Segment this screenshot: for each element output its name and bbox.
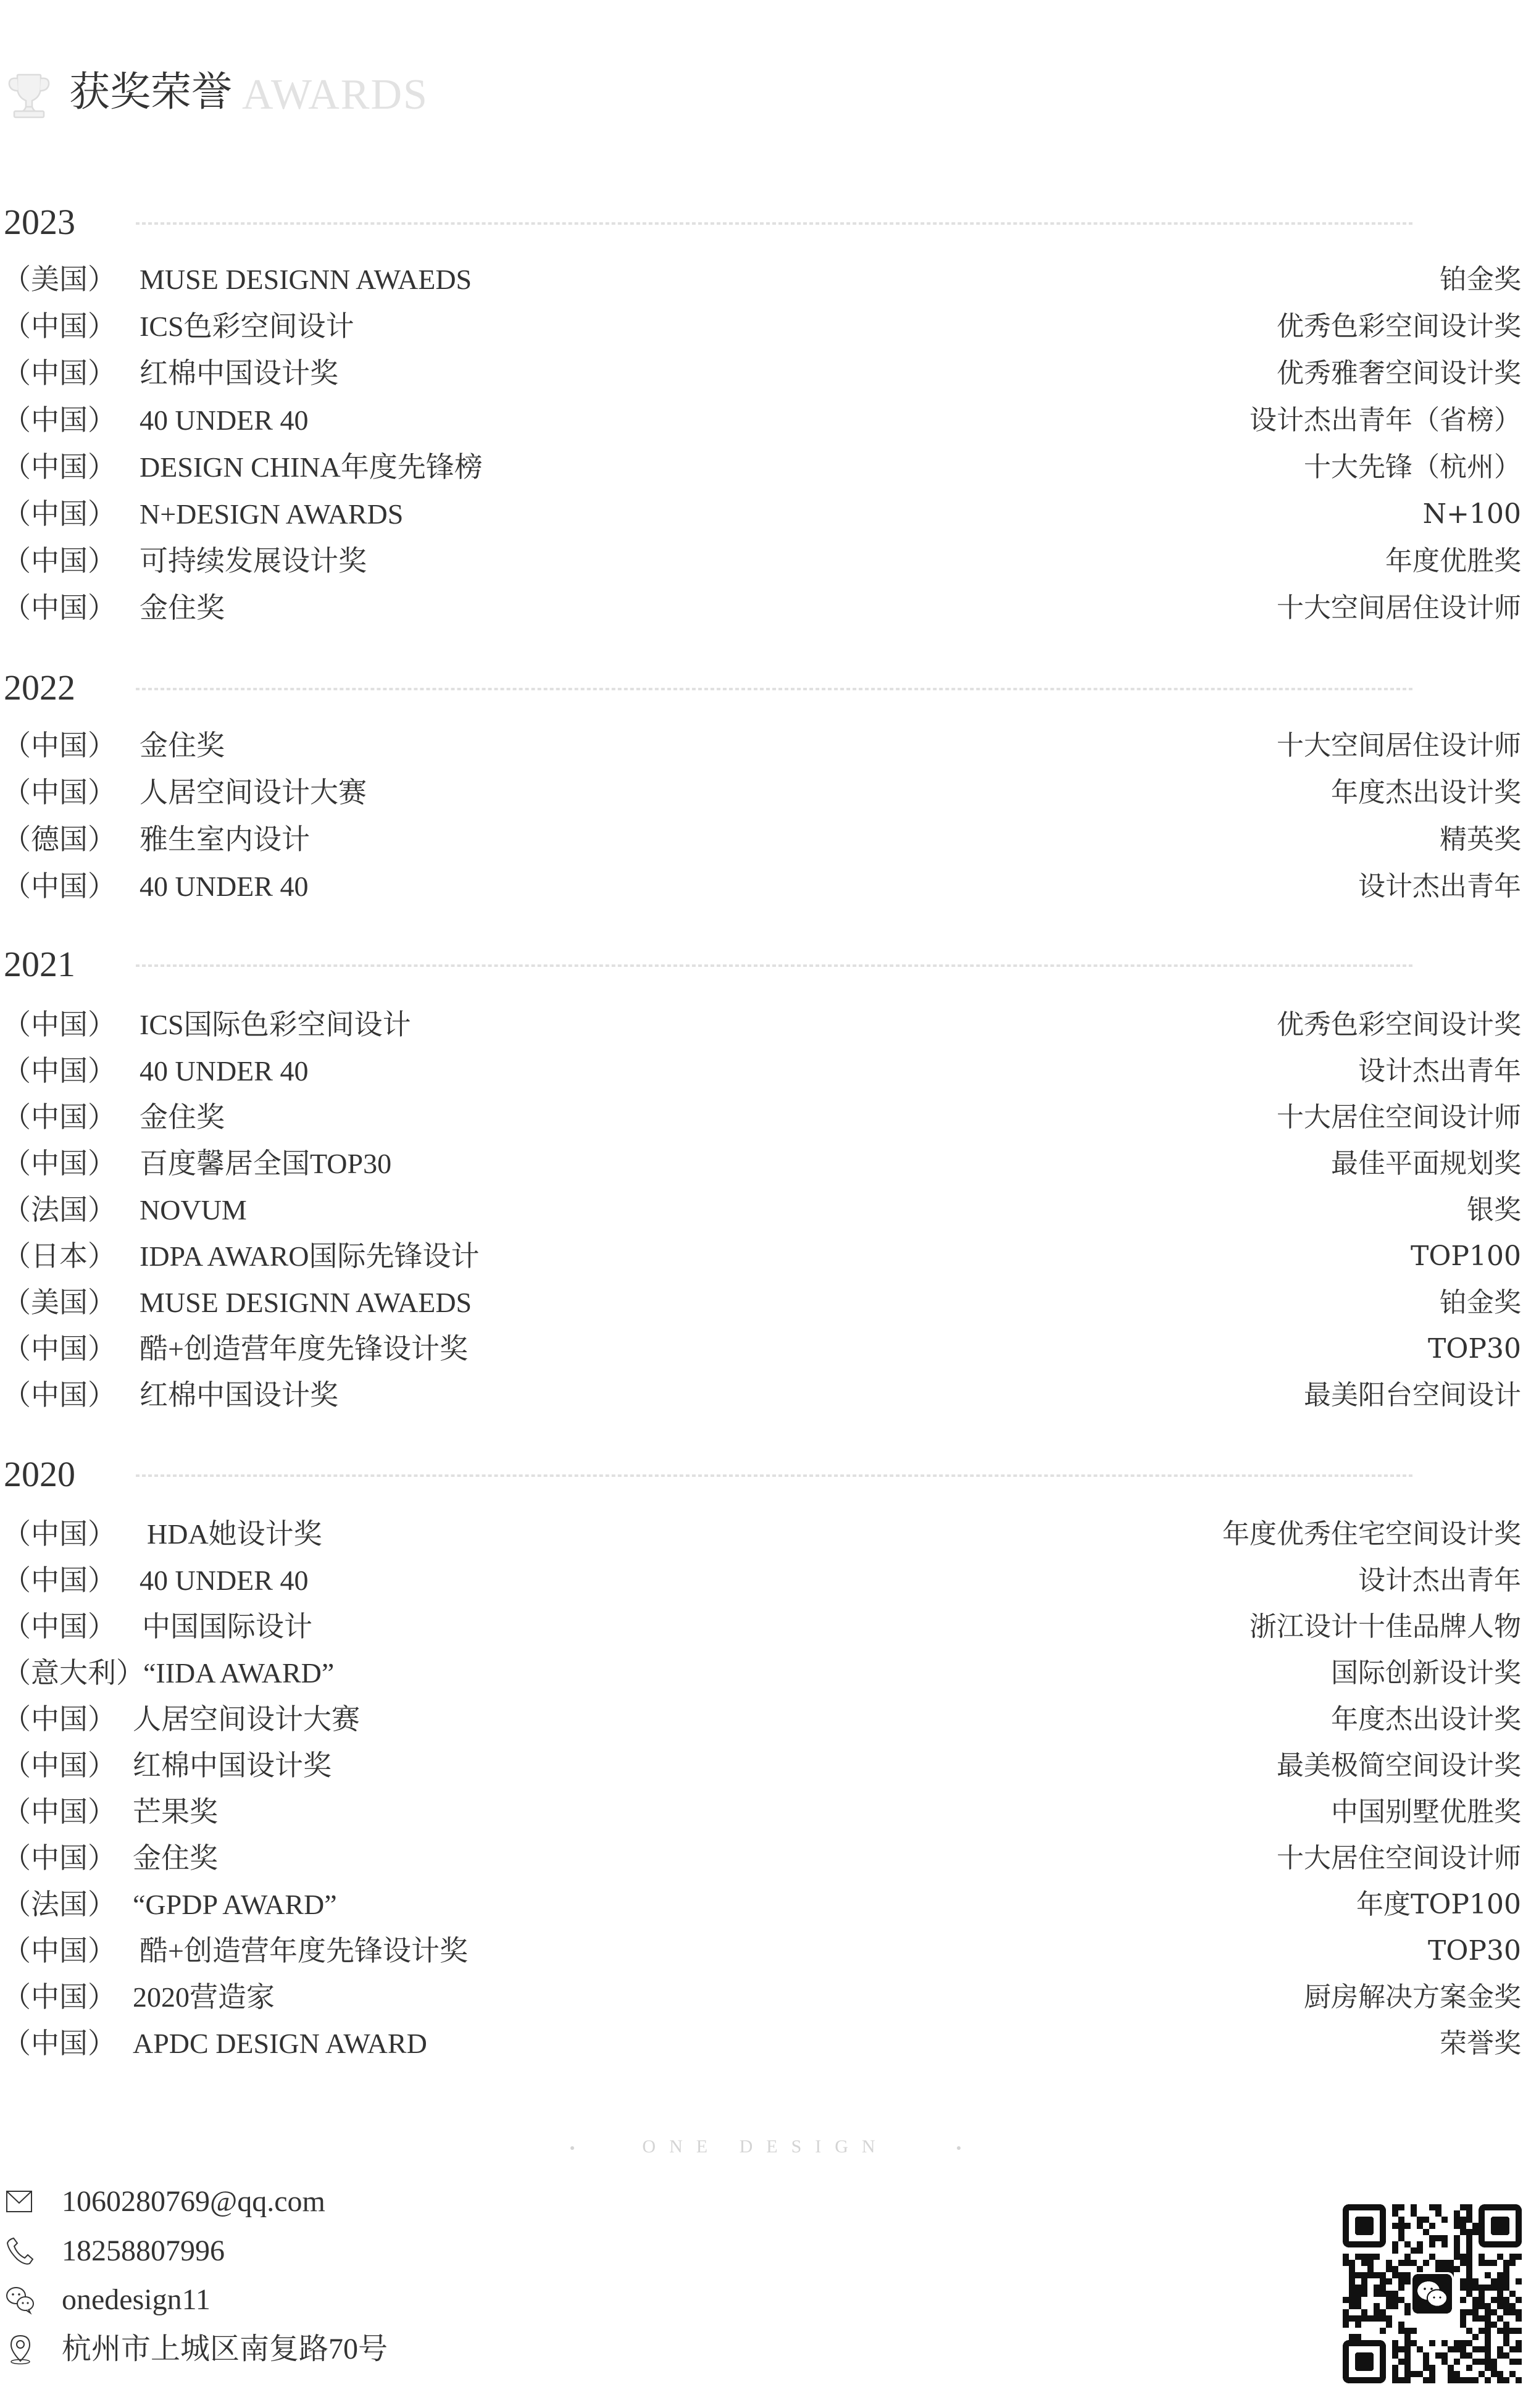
award-name: N+DESIGN AWARDS bbox=[140, 496, 403, 533]
award-prize: 铂金奖 bbox=[1440, 261, 1521, 298]
award-name: 人居空间设计大赛 bbox=[140, 774, 367, 811]
award-prize: 十大居住空间设计师 bbox=[1277, 1840, 1521, 1877]
award-row: （中国）ICS国际色彩空间设计优秀色彩空间设计奖 bbox=[0, 1006, 1531, 1043]
award-country: （中国） bbox=[2, 2025, 116, 2062]
award-name: 金住奖 bbox=[140, 727, 225, 764]
award-prize: 十大空间居住设计师 bbox=[1277, 727, 1521, 764]
year-label: 2022 bbox=[4, 666, 75, 709]
award-row: （中国）酷+创造营年度先锋设计奖TOP30 bbox=[0, 1331, 1531, 1368]
award-country: （中国） bbox=[2, 1562, 116, 1599]
award-row: （中国）金住奖十大居住空间设计师 bbox=[0, 1099, 1531, 1136]
phone-icon bbox=[5, 2236, 36, 2267]
year-label: 2020 bbox=[4, 1453, 75, 1496]
award-prize: 厨房解决方案金奖 bbox=[1304, 1979, 1521, 2016]
award-prize: TOP30 bbox=[1428, 1933, 1521, 1970]
award-name: MUSE DESIGNN AWAEDS bbox=[140, 261, 472, 298]
award-name: 可持续发展设计奖 bbox=[140, 543, 367, 580]
year-header: 2021 bbox=[0, 943, 1531, 986]
award-row: （中国）中国国际设计浙江设计十佳品牌人物 bbox=[0, 1608, 1531, 1645]
award-prize: 十大先锋（杭州） bbox=[1304, 449, 1521, 486]
award-country: （中国） bbox=[2, 590, 116, 627]
decorative-dot bbox=[570, 2146, 574, 2150]
award-country: （中国） bbox=[2, 1006, 116, 1043]
award-name: 40 UNDER 40 bbox=[140, 1053, 308, 1090]
dashed-divider bbox=[136, 964, 1412, 967]
award-country: （中国） bbox=[2, 727, 116, 764]
award-name: 酷+创造营年度先锋设计奖 bbox=[140, 1331, 468, 1368]
award-prize: TOP30 bbox=[1428, 1331, 1521, 1368]
award-name: 40 UNDER 40 bbox=[140, 1562, 308, 1599]
award-row: （中国）DESIGN CHINA年度先锋榜十大先锋（杭州） bbox=[0, 449, 1531, 486]
award-country: （中国） bbox=[2, 449, 116, 486]
wechat-id-text[interactable]: onedesign11 bbox=[62, 2278, 211, 2322]
dashed-divider bbox=[136, 222, 1412, 225]
award-row: （中国）APDC DESIGN AWARD荣誉奖 bbox=[0, 2025, 1531, 2062]
year-label: 2021 bbox=[4, 943, 75, 986]
page-title-english: AWARDS bbox=[242, 70, 428, 120]
award-row: （法国）NOVUM银奖 bbox=[0, 1192, 1531, 1229]
award-country: （中国） bbox=[2, 496, 116, 533]
award-row: （中国）HDA她设计奖年度优秀住宅空间设计奖 bbox=[0, 1516, 1531, 1553]
award-prize: 银奖 bbox=[1467, 1192, 1521, 1229]
award-row: （意大利）“IIDA AWARD”国际创新设计奖 bbox=[0, 1655, 1531, 1692]
brand-name: ONE DESIGN bbox=[642, 2136, 888, 2157]
award-country: （中国） bbox=[2, 1145, 116, 1182]
award-country: （中国） bbox=[2, 1979, 116, 2016]
award-name: 金住奖 bbox=[140, 590, 225, 627]
award-row: （中国）40 UNDER 40设计杰出青年 bbox=[0, 1562, 1531, 1599]
award-prize: N+100 bbox=[1423, 496, 1521, 533]
wechat-icon bbox=[5, 2285, 36, 2315]
award-country: （法国） bbox=[2, 1192, 116, 1229]
year-header: 2023 bbox=[0, 201, 1531, 244]
award-row: （美国）MUSE DESIGNN AWAEDS铂金奖 bbox=[0, 261, 1531, 298]
award-name: “GPDP AWARD” bbox=[133, 1886, 337, 1923]
award-name: 芒果奖 bbox=[133, 1794, 218, 1831]
address-text: 杭州市上城区南复路70号 bbox=[62, 2328, 388, 2371]
award-name: HDA她设计奖 bbox=[147, 1516, 322, 1553]
award-row: （中国）40 UNDER 40设计杰出青年 bbox=[0, 1053, 1531, 1090]
award-country: （中国） bbox=[2, 1933, 116, 1970]
dashed-divider bbox=[136, 688, 1412, 690]
award-name: 红棉中国设计奖 bbox=[133, 1747, 332, 1784]
phone-text[interactable]: 18258807996 bbox=[62, 2230, 225, 2273]
award-row: （中国）金住奖十大居住空间设计师 bbox=[0, 1840, 1531, 1877]
award-row: （中国）红棉中国设计奖最美阳台空间设计 bbox=[0, 1377, 1531, 1414]
award-name: ICS国际色彩空间设计 bbox=[140, 1006, 411, 1043]
year-header: 2022 bbox=[0, 666, 1531, 709]
award-row: （中国）红棉中国设计奖优秀雅奢空间设计奖 bbox=[0, 355, 1531, 392]
award-country: （中国） bbox=[2, 1747, 116, 1784]
award-row: （中国）40 UNDER 40设计杰出青年 bbox=[0, 868, 1531, 905]
award-country: （意大利） bbox=[2, 1655, 144, 1692]
award-row: （中国）芒果奖中国别墅优胜奖 bbox=[0, 1794, 1531, 1831]
award-prize: 十大空间居住设计师 bbox=[1277, 590, 1521, 627]
award-name: ICS色彩空间设计 bbox=[140, 308, 354, 345]
dashed-divider bbox=[136, 1474, 1412, 1477]
award-row: （中国）2020营造家厨房解决方案金奖 bbox=[0, 1979, 1531, 2016]
award-name: 人居空间设计大赛 bbox=[133, 1701, 360, 1738]
award-country: （中国） bbox=[2, 774, 116, 811]
award-name: 雅生室内设计 bbox=[140, 821, 310, 858]
award-prize: 年度优秀住宅空间设计奖 bbox=[1222, 1516, 1521, 1553]
award-row: （中国）可持续发展设计奖年度优胜奖 bbox=[0, 543, 1531, 580]
award-country: （中国） bbox=[2, 355, 116, 392]
year-header: 2020 bbox=[0, 1453, 1531, 1496]
award-country: （德国） bbox=[2, 821, 116, 858]
award-name: IDPA AWARO国际先锋设计 bbox=[140, 1238, 480, 1275]
award-name: 40 UNDER 40 bbox=[140, 402, 308, 439]
award-prize: 设计杰出青年 bbox=[1358, 868, 1521, 905]
award-row: （中国）40 UNDER 40设计杰出青年（省榜） bbox=[0, 402, 1531, 439]
page-title: 获奖荣誉 bbox=[69, 68, 232, 117]
award-name: DESIGN CHINA年度先锋榜 bbox=[140, 449, 483, 486]
wechat-qr-code[interactable] bbox=[1343, 2204, 1522, 2383]
award-prize: 年度杰出设计奖 bbox=[1331, 774, 1521, 811]
award-prize: 荣誉奖 bbox=[1440, 2025, 1521, 2062]
award-country: （中国） bbox=[2, 1331, 116, 1368]
award-prize: TOP100 bbox=[1411, 1238, 1521, 1275]
award-country: （中国） bbox=[2, 868, 116, 905]
award-country: （法国） bbox=[2, 1886, 116, 1923]
award-name: 金住奖 bbox=[140, 1099, 225, 1136]
award-country: （中国） bbox=[2, 1608, 116, 1645]
brand-watermark: ONE DESIGN bbox=[0, 2131, 1531, 2162]
award-row: （中国）红棉中国设计奖最美极简空间设计奖 bbox=[0, 1747, 1531, 1784]
mail-icon bbox=[5, 2186, 36, 2217]
decorative-dot bbox=[957, 2146, 961, 2150]
award-prize: 最美阳台空间设计 bbox=[1304, 1377, 1521, 1414]
award-name: 红棉中国设计奖 bbox=[140, 355, 338, 392]
email-text[interactable]: 1060280769@qq.com bbox=[62, 2180, 325, 2223]
award-name: 中国国际设计 bbox=[142, 1608, 312, 1645]
award-row: （法国）“GPDP AWARD”年度TOP100 bbox=[0, 1886, 1531, 1923]
award-prize: 设计杰出青年 bbox=[1358, 1562, 1521, 1599]
award-name: 百度馨居全国TOP30 bbox=[140, 1145, 391, 1182]
award-name: 2020营造家 bbox=[133, 1979, 275, 2016]
award-country: （中国） bbox=[2, 1794, 116, 1831]
award-name: 40 UNDER 40 bbox=[140, 868, 308, 905]
award-name: NOVUM bbox=[140, 1192, 247, 1229]
award-country: （中国） bbox=[2, 308, 116, 345]
award-name: 酷+创造营年度先锋设计奖 bbox=[140, 1933, 468, 1970]
award-country: （日本） bbox=[2, 1238, 116, 1275]
award-country: （中国） bbox=[2, 1099, 116, 1136]
contact-address: 杭州市上城区南复路70号 bbox=[0, 2328, 741, 2371]
award-country: （美国） bbox=[2, 1284, 116, 1321]
award-prize: 最美极简空间设计奖 bbox=[1277, 1747, 1521, 1784]
award-country: （中国） bbox=[2, 402, 116, 439]
award-name: “IIDA AWARD” bbox=[143, 1655, 334, 1692]
contact-wechat: onedesign11 bbox=[0, 2278, 741, 2322]
section-header: 获奖荣誉 AWARDS bbox=[0, 62, 741, 123]
year-label: 2023 bbox=[4, 201, 75, 244]
award-country: （中国） bbox=[2, 1053, 116, 1090]
award-prize: 铂金奖 bbox=[1440, 1284, 1521, 1321]
award-prize: 优秀色彩空间设计奖 bbox=[1277, 1006, 1521, 1043]
award-row: （中国）人居空间设计大赛年度杰出设计奖 bbox=[0, 774, 1531, 811]
award-prize: 设计杰出青年（省榜） bbox=[1249, 402, 1521, 439]
award-name: 金住奖 bbox=[133, 1840, 218, 1877]
award-prize: 国际创新设计奖 bbox=[1331, 1655, 1521, 1692]
contact-email: 1060280769@qq.com bbox=[0, 2180, 741, 2223]
award-prize: 设计杰出青年 bbox=[1358, 1053, 1521, 1090]
award-country: （中国） bbox=[2, 543, 116, 580]
award-prize: 年度优胜奖 bbox=[1385, 543, 1521, 580]
award-prize: 最佳平面规划奖 bbox=[1331, 1145, 1521, 1182]
trophy-icon bbox=[7, 72, 51, 119]
award-row: （中国）ICS色彩空间设计优秀色彩空间设计奖 bbox=[0, 308, 1531, 345]
award-row: （德国）雅生室内设计精英奖 bbox=[0, 821, 1531, 858]
award-prize: 精英奖 bbox=[1440, 821, 1521, 858]
award-prize: 十大居住空间设计师 bbox=[1277, 1099, 1521, 1136]
award-row: （美国）MUSE DESIGNN AWAEDS铂金奖 bbox=[0, 1284, 1531, 1321]
award-prize: 中国别墅优胜奖 bbox=[1331, 1794, 1521, 1831]
award-country: （美国） bbox=[2, 261, 116, 298]
award-prize: 浙江设计十佳品牌人物 bbox=[1249, 1608, 1521, 1645]
award-name: MUSE DESIGNN AWAEDS bbox=[140, 1284, 472, 1321]
award-row: （中国）人居空间设计大赛年度杰出设计奖 bbox=[0, 1701, 1531, 1738]
award-country: （中国） bbox=[2, 1516, 116, 1553]
award-country: （中国） bbox=[2, 1377, 116, 1414]
award-prize: 优秀色彩空间设计奖 bbox=[1277, 308, 1521, 345]
contact-phone: 18258807996 bbox=[0, 2230, 741, 2273]
award-prize: 优秀雅奢空间设计奖 bbox=[1277, 355, 1521, 392]
award-row: （中国）金住奖十大空间居住设计师 bbox=[0, 590, 1531, 627]
award-row: （中国）金住奖十大空间居住设计师 bbox=[0, 727, 1531, 764]
award-row: （中国）N+DESIGN AWARDSN+100 bbox=[0, 496, 1531, 533]
award-prize: 年度TOP100 bbox=[1356, 1886, 1521, 1923]
award-row: （中国）酷+创造营年度先锋设计奖TOP30 bbox=[0, 1933, 1531, 1970]
location-pin-icon bbox=[5, 2334, 36, 2365]
award-row: （日本）IDPA AWARO国际先锋设计TOP100 bbox=[0, 1238, 1531, 1275]
award-name: APDC DESIGN AWARD bbox=[133, 2025, 427, 2062]
award-name: 红棉中国设计奖 bbox=[140, 1377, 338, 1414]
award-country: （中国） bbox=[2, 1840, 116, 1877]
award-country: （中国） bbox=[2, 1701, 116, 1738]
award-row: （中国）百度馨居全国TOP30最佳平面规划奖 bbox=[0, 1145, 1531, 1182]
award-prize: 年度杰出设计奖 bbox=[1331, 1701, 1521, 1738]
